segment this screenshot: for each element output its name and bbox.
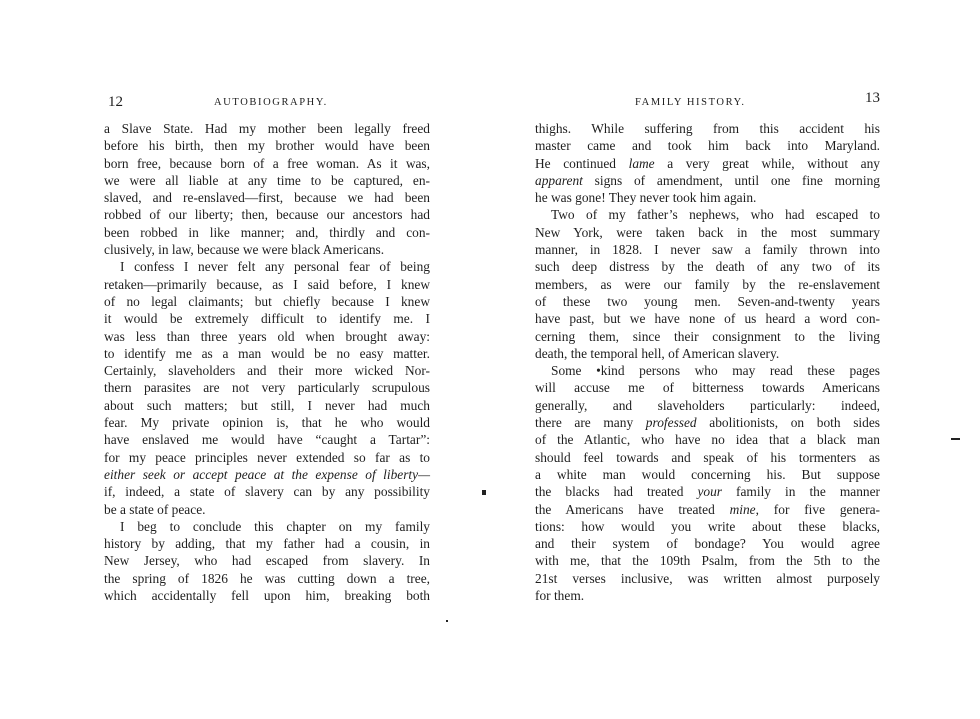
text-line: I confess I never felt any personal fear… <box>104 258 430 275</box>
text-line: Some •kind persons who may read these pa… <box>535 362 880 379</box>
text-line: master came and took him back into Maryl… <box>535 137 880 154</box>
text-line: of no legal claimants; but chiefly becau… <box>104 293 430 310</box>
text-line: we were all liable at any time to be cap… <box>104 172 430 189</box>
text-line: slaved, and re-enslaved—first, because w… <box>104 189 430 206</box>
text-line: He continued lame a very great while, wi… <box>535 155 880 172</box>
text-line: born free, because born of a free woman.… <box>104 155 430 172</box>
text-line: thern parasites are not very particularl… <box>104 379 430 396</box>
text-line: clusively, in law, because we were black… <box>104 241 430 258</box>
text-line: be a state of peace. <box>104 501 430 518</box>
page-number: 12 <box>108 94 123 111</box>
right-running-head: FAMILY HISTORY. 13 <box>535 94 880 112</box>
text-line: robbed of our liberty; then, because our… <box>104 206 430 223</box>
running-title: FAMILY HISTORY. <box>635 97 746 108</box>
text-line: death, the temporal hell, of American sl… <box>535 345 880 362</box>
text-line: have past, but we have none of us heard … <box>535 310 880 327</box>
text-line: which accidentally fell upon him, breaki… <box>104 587 430 604</box>
text-line: cerning them, since their consignment to… <box>535 328 880 345</box>
text-line: for my peace principles never extended s… <box>104 449 430 466</box>
text-line: before his birth, then my brother would … <box>104 137 430 154</box>
running-title: AUTOBIOGRAPHY. <box>214 97 328 108</box>
text-line: a white man would concerning his. But su… <box>535 466 880 483</box>
text-line: the blacks had treated your family in th… <box>535 483 880 500</box>
text-line: if, indeed, a state of slavery can by an… <box>104 483 430 500</box>
text-line: apparent signs of amendment, until one f… <box>535 172 880 189</box>
text-line: was less than three years old when broug… <box>104 328 430 345</box>
text-line: fear. My private opinion is, that he who… <box>104 414 430 431</box>
text-line: with me, that the 109th Psalm, from the … <box>535 552 880 569</box>
text-line: tions: how would you write about these b… <box>535 518 880 535</box>
text-line: about such matters; but still, I never h… <box>104 397 430 414</box>
text-line: I beg to conclude this chapter on my fam… <box>104 518 430 535</box>
edge-dash <box>951 438 960 440</box>
text-line: retaken—primarily because, as I said bef… <box>104 276 430 293</box>
text-line: Certainly, slaveholders and their more w… <box>104 362 430 379</box>
text-line: there are many professed abolitionists, … <box>535 414 880 431</box>
text-line: of these two young men. Seven-and-twenty… <box>535 293 880 310</box>
text-line: he was gone! They never took him again. <box>535 189 880 206</box>
right-body-text: thighs. While suffering from this accide… <box>535 120 880 604</box>
gutter-blot <box>482 490 486 495</box>
gutter-dot <box>446 620 448 622</box>
page-number: 13 <box>865 90 880 107</box>
text-line: and their system of bondage? You would a… <box>535 535 880 552</box>
text-line: of the Atlantic, who have no idea that a… <box>535 431 880 448</box>
text-line: manner, in 1828. I never saw a family th… <box>535 241 880 258</box>
text-line: either seek or accept peace at the expen… <box>104 466 430 483</box>
text-line: thighs. While suffering from this accide… <box>535 120 880 137</box>
text-line: a Slave State. Had my mother been legall… <box>104 120 430 137</box>
text-line: the Americans have treated mine, for fiv… <box>535 501 880 518</box>
text-line: New Jersey, who had escaped from slavery… <box>104 552 430 569</box>
text-line: been robbed in like manner; and, thirdly… <box>104 224 430 241</box>
text-line: it would be extremely difficult to ident… <box>104 310 430 327</box>
text-line: members, as were our family by the re-en… <box>535 276 880 293</box>
text-line: will accuse me of bitterness towards Ame… <box>535 379 880 396</box>
text-line: generally, and slaveholders particularly… <box>535 397 880 414</box>
left-body-text: a Slave State. Had my mother been legall… <box>104 120 430 604</box>
text-line: Two of my father’s nephews, who had esca… <box>535 206 880 223</box>
text-line: for them. <box>535 587 880 604</box>
text-line: have enslaved me would have “caught a Ta… <box>104 431 430 448</box>
text-line: 21st verses inclusive, was written almos… <box>535 570 880 587</box>
text-line: the spring of 1826 he was cutting down a… <box>104 570 430 587</box>
text-line: New York, were taken back in the most su… <box>535 224 880 241</box>
left-running-head: 12 AUTOBIOGRAPHY. <box>104 94 430 112</box>
text-line: history by adding, that my father had a … <box>104 535 430 552</box>
text-line: to identify me as a man would be no easy… <box>104 345 430 362</box>
text-line: should feel towards and speak of his tor… <box>535 449 880 466</box>
text-line: such deep distress by the death of any t… <box>535 258 880 275</box>
